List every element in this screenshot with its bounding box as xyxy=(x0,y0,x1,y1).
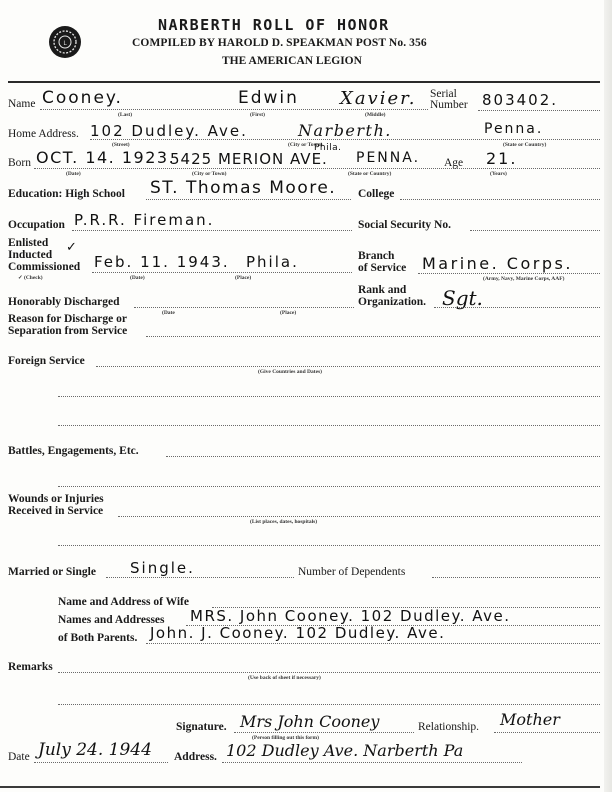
born-city-note: Phila. xyxy=(314,143,342,153)
marital-line[interactable] xyxy=(106,577,294,578)
discharged-date-hint: (Date xyxy=(162,310,175,316)
name-first-value[interactable]: Edwin xyxy=(238,88,299,108)
entry-line[interactable] xyxy=(92,272,352,273)
signature-line[interactable] xyxy=(234,732,414,733)
name-last-value[interactable]: Cooney. xyxy=(42,88,123,108)
name-middle-hint: (Middle) xyxy=(365,112,385,118)
social-security-label: Social Security No. xyxy=(358,219,451,231)
age-hint: (Years) xyxy=(490,171,507,177)
foreign-service-hint: (Give Countries and Dates) xyxy=(258,369,322,375)
discharged-line[interactable] xyxy=(134,307,354,308)
roll-of-honor-form: L NARBERTH ROLL OF HONOR COMPILED BY HAR… xyxy=(0,0,612,792)
born-state-value[interactable]: PENNA. xyxy=(356,150,420,166)
entry-place-hint: (Place) xyxy=(235,275,251,281)
marital-label: Married or Single xyxy=(8,566,96,578)
born-label: Born xyxy=(8,157,31,169)
serial-line[interactable] xyxy=(478,110,600,111)
rank-value[interactable]: Sgt. xyxy=(442,286,483,310)
foreign-service-line-2[interactable] xyxy=(58,396,600,397)
branch-hint: (Army, Navy, Marine Corps, AAF) xyxy=(483,276,564,282)
name-first-hint: (First) xyxy=(250,112,265,118)
relationship-label: Relationship. xyxy=(418,721,479,733)
date-value[interactable]: July 24. 1944 xyxy=(38,740,152,760)
parents-line-1-value[interactable]: MRS. John Cooney. 102 Dudley. Ave. xyxy=(190,607,511,625)
relationship-line[interactable] xyxy=(494,732,600,733)
social-security-line[interactable] xyxy=(470,230,600,231)
inducted-label: Inducted xyxy=(8,249,52,261)
form-title: NARBERTH ROLL OF HONOR xyxy=(158,16,390,34)
born-city-hint: (City or Town) xyxy=(192,171,226,177)
home-city-value[interactable]: Narberth. xyxy=(298,121,392,140)
battles-line-1[interactable] xyxy=(166,456,600,457)
reason-label-2: Separation from Service xyxy=(8,325,127,337)
reason-label-1: Reason for Discharge or xyxy=(8,313,127,325)
remarks-line-1[interactable] xyxy=(58,672,600,673)
born-state-hint: (State or Country) xyxy=(348,171,391,177)
form-subtitle: COMPILED BY HAROLD D. SPEAKMAN POST No. … xyxy=(132,37,427,49)
address-line[interactable] xyxy=(222,762,522,763)
date-label: Date xyxy=(8,751,30,763)
remarks-line-2[interactable] xyxy=(58,704,600,705)
wounds-line-1[interactable] xyxy=(118,516,600,517)
date-line[interactable] xyxy=(34,762,168,763)
header-rule xyxy=(8,81,600,83)
name-middle-value[interactable]: Xavier. xyxy=(340,88,416,109)
reason-line[interactable] xyxy=(146,336,600,337)
branch-label-1: Branch xyxy=(358,250,394,262)
home-street-value[interactable]: 102 Dudley. Ave. xyxy=(90,122,248,140)
home-address-label: Home Address. xyxy=(8,128,79,140)
parents-line-2[interactable] xyxy=(146,643,600,644)
relationship-value[interactable]: Mother xyxy=(500,710,560,729)
entry-place-value[interactable]: Phila. xyxy=(246,253,299,271)
wounds-line-2[interactable] xyxy=(58,545,600,546)
high-school-line[interactable] xyxy=(146,199,351,200)
serial-label-2: Number xyxy=(430,99,468,111)
born-line[interactable] xyxy=(34,168,600,169)
dependents-label: Number of Dependents xyxy=(298,566,405,578)
college-line[interactable] xyxy=(400,199,600,200)
college-label: College xyxy=(358,188,394,200)
signature-value[interactable]: Mrs John Cooney xyxy=(240,712,379,731)
occupation-label: Occupation xyxy=(8,219,65,231)
wounds-label-1: Wounds or Injuries xyxy=(8,493,104,505)
commissioned-label: Commissioned xyxy=(8,261,80,273)
high-school-value[interactable]: ST. Thomas Moore. xyxy=(150,178,336,198)
entry-date-value[interactable]: Feb. 11. 1943. xyxy=(94,253,230,271)
branch-label-2: of Service xyxy=(358,262,406,274)
enlisted-label: Enlisted xyxy=(8,237,48,249)
battles-label: Battles, Engagements, Etc. xyxy=(8,445,139,457)
name-last-hint: (Last) xyxy=(118,112,132,118)
name-label: Name xyxy=(8,98,35,110)
parents-label-1: Names and Addresses xyxy=(58,614,165,626)
wife-label: Name and Address of Wife xyxy=(58,596,189,608)
branch-value[interactable]: Marine. Corps. xyxy=(422,254,573,273)
branch-line[interactable] xyxy=(418,273,600,274)
born-date-hint: (Date) xyxy=(66,171,81,177)
age-value[interactable]: 21. xyxy=(486,149,517,168)
organization-name: THE AMERICAN LEGION xyxy=(222,55,362,67)
check-hint: ✓ (Check) xyxy=(18,275,43,281)
entry-date-hint: (Date) xyxy=(130,275,145,281)
serial-value[interactable]: 803402. xyxy=(482,91,558,109)
battles-line-2[interactable] xyxy=(58,486,600,487)
signature-label: Signature. xyxy=(176,721,227,733)
occupation-value[interactable]: P.R.R. Fireman. xyxy=(74,211,214,229)
foreign-service-line-3[interactable] xyxy=(58,425,600,426)
born-date-value[interactable]: OCT. 14. 1923. xyxy=(36,148,175,167)
address-label: Address. xyxy=(174,751,217,763)
foreign-service-label: Foreign Service xyxy=(8,355,85,367)
american-legion-emblem-icon: L xyxy=(47,22,83,62)
home-state-hint: (State or Country) xyxy=(503,142,546,148)
marital-value[interactable]: Single. xyxy=(130,559,195,577)
born-city-value[interactable]: 5425 MERION AVE. xyxy=(170,150,328,168)
home-state-value[interactable]: Penna. xyxy=(484,121,543,137)
footer-rule xyxy=(0,786,600,788)
address-value[interactable]: 102 Dudley Ave. Narberth Pa xyxy=(226,741,463,760)
dependents-line[interactable] xyxy=(432,577,600,578)
age-label: Age xyxy=(444,157,463,169)
parents-label-2: of Both Parents. xyxy=(58,632,137,644)
discharged-label: Honorably Discharged xyxy=(8,296,120,308)
remarks-hint: (Use back of sheet if necessary) xyxy=(248,675,321,681)
occupation-line[interactable] xyxy=(72,230,352,231)
wounds-hint: (List places, dates, hospitals) xyxy=(250,519,317,525)
remarks-label: Remarks xyxy=(8,661,53,673)
foreign-service-line-1[interactable] xyxy=(96,366,600,367)
parents-line-2-value[interactable]: John. J. Cooney. 102 Dudley. Ave. xyxy=(150,624,445,642)
rank-label-1: Rank and xyxy=(358,284,406,296)
inducted-check-mark[interactable]: ✓ xyxy=(66,240,79,255)
wounds-label-2: Received in Service xyxy=(8,505,103,517)
rank-label-2: Organization. xyxy=(358,296,426,308)
discharged-place-hint: (Place) xyxy=(280,310,296,316)
page-edge-shadow xyxy=(604,0,612,792)
education-label: Education: High School xyxy=(8,188,125,200)
name-line[interactable] xyxy=(40,109,428,110)
